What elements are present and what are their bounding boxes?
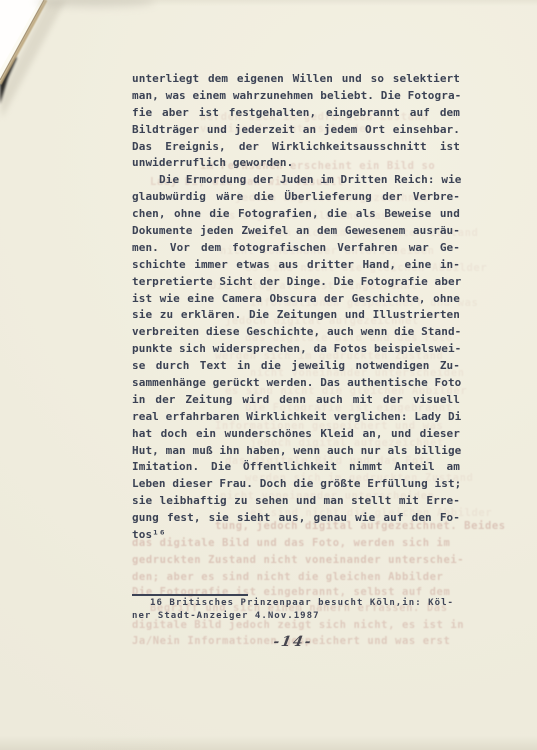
text-line: men. Vor dem fotografischen Verfahren wa…	[132, 240, 460, 257]
text-line: man, was einem wahrzunehmen beliebt. Die…	[132, 88, 460, 105]
text-line: real erfahrbaren Wirklichkeit verglichen…	[132, 409, 460, 426]
text-line: chen, ohne die Fotografien, die als Bewe…	[132, 206, 460, 223]
text-line: terpretierte Sicht der Dinge. Die Fotogr…	[132, 274, 460, 291]
text-line: unterliegt dem eigenen Willen und so sel…	[132, 71, 460, 88]
text-line: schichte immer etwas aus dritter Hand, e…	[132, 257, 460, 274]
footnote: 16 Britisches Prinzenpaar besucht Köln,i…	[132, 597, 472, 623]
ghost-text-line: gedruckten Zustand nicht voneinander unt…	[132, 554, 464, 566]
text-line: fie aber ist festgehalten, eingebrannt a…	[132, 105, 460, 122]
scanned-page: werden sich im gedruckten Zustandvoneina…	[0, 0, 537, 750]
text-line: Bildträger und jederzeit an jedem Ort ei…	[132, 122, 460, 139]
text-line: glaubwürdig wäre die Überlieferung der V…	[132, 189, 460, 206]
page-number: -14-	[257, 634, 330, 650]
text-line: se durch Text in die jeweilig notwendige…	[132, 358, 460, 375]
text-line: Die Ermordung der Juden im Dritten Reich…	[132, 172, 460, 189]
text-line: gung fest, sie sieht aus, genau wie auf …	[132, 510, 460, 527]
text-line: Das Ereignis, der Wirklichkeitsausschnit…	[132, 139, 460, 156]
text-line: sie zu erklären. Die Zeitungen und Illus…	[132, 307, 460, 324]
text-line: verbreiten diese Geschichte, auch wenn d…	[132, 324, 460, 341]
text-line: unwiderruflich geworden.	[132, 155, 460, 172]
text-line: Imitation. Die Öffentlichkeit nimmt Ante…	[132, 459, 460, 476]
footnote-rule	[132, 594, 248, 596]
typewritten-text: unterliegt dem eigenen Willen und so sel…	[132, 71, 460, 544]
ghost-text-line: den; aber es sind nicht die gleichen Abb…	[132, 571, 443, 583]
text-line: Leben dieser Frau. Doch die größte Erfül…	[132, 476, 460, 493]
text-line: in der Zeitung wird denn auch mit der vi…	[132, 392, 460, 409]
text-line: sie leibhaftig zu sehen und man stellt m…	[132, 493, 460, 510]
text-line: hat doch ein wunderschönes Kleid an, und…	[132, 426, 460, 443]
text-line: punkte sich widersprechen, da Fotos beis…	[132, 341, 460, 358]
text-line: ist wie eine Camera Obscura der Geschich…	[132, 291, 460, 308]
footnote-line-2: ner Stadt-Anzeiger 4.Nov.1987	[132, 610, 472, 623]
footnote-line-1: 16 Britisches Prinzenpaar besucht Köln,i…	[132, 597, 472, 610]
text-line: Hut, man muß ihn haben, wenn auch nur al…	[132, 443, 460, 460]
text-line: sammenhänge gerückt werden. Das authenti…	[132, 375, 460, 392]
text-line: tos¹⁶	[132, 527, 460, 544]
text-line: Dokumente jeden Zweifel an dem Gewesenem…	[132, 223, 460, 240]
